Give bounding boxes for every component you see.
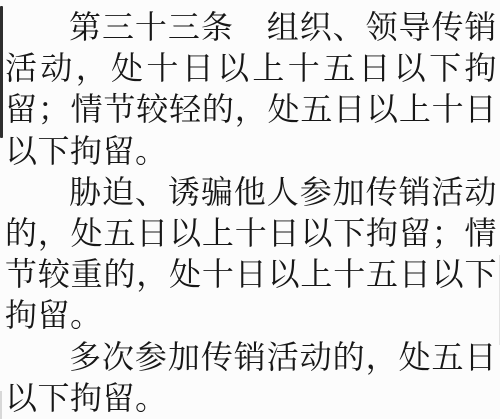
text-line: 拘留。 [5,295,497,336]
text-line: 多次参加传销活动的，处五日 [5,337,497,378]
text-line: 第三十三条 组织、领导传销 [5,7,497,48]
document-page: 第三十三条 组织、领导传销 活动，处十日以上十五日以下拘 留；情节较轻的，处五日… [0,0,500,419]
scan-artifact-left-bottom [0,391,2,419]
text-line: 活动，处十日以上十五日以下拘 [5,48,497,89]
text-line: 胁迫、诱骗他人参加传销活动 [5,172,497,213]
text-line: 留；情节较轻的，处五日以上十日 [5,89,497,130]
text-line: 以下拘留。 [5,131,497,172]
text-line: 的，处五日以上十日以下拘留；情 [5,213,497,254]
scan-artifact-left-top [0,6,3,138]
text-line: 以下拘留。 [5,378,497,419]
text-line: 节较重的，处十日以上十五日以下 [5,254,497,295]
